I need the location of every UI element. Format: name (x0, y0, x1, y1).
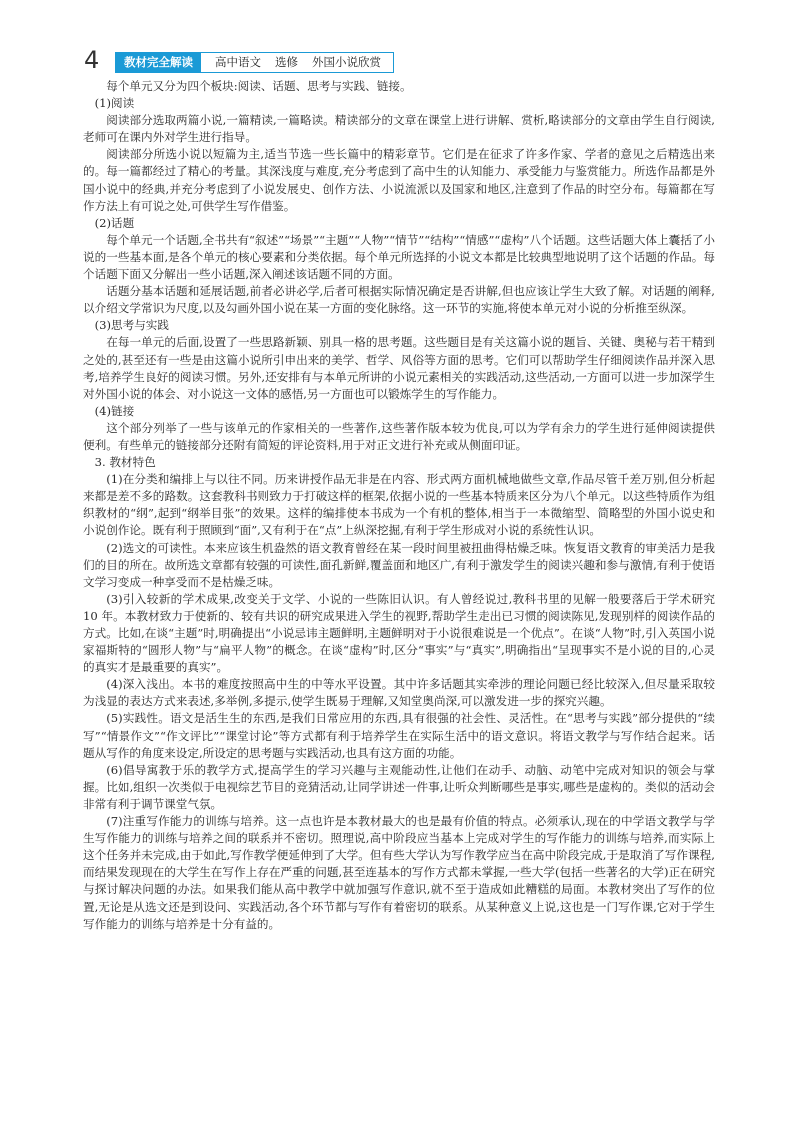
breadcrumb-type: 选修 (275, 53, 298, 72)
section-heading-practice: (3)思考与实践 (83, 317, 715, 334)
paragraph: 在每一单元的后面,设置了一些思路新颖、别具一格的思考题。这些题目是有关这篇小说的… (83, 334, 715, 402)
breadcrumb-subject: 高中语文 (215, 53, 261, 72)
paragraph: 阅读部分选取两篇小说,一篇精读,一篇略读。精读部分的文章在课堂上进行讲解、赏析,… (83, 112, 715, 146)
paragraph: 每个单元一个话题,全书共有“叙述”“场景”“主题”“人物”“情节”“结构”“情感… (83, 232, 715, 283)
section-heading-reading: (1)阅读 (83, 95, 715, 112)
paragraph: 阅读部分所选小说以短篇为主,适当节选一些长篇中的精彩章节。它们是在征求了许多作家… (83, 146, 715, 214)
running-header: 教材完全解读 高中语文 选修 外国小说欣赏 (115, 52, 394, 73)
paragraph: 话题分基本话题和延展话题,前者必讲必学,后者可根据实际情况确定是否讲解,但也应该… (83, 283, 715, 317)
paragraph: (1)在分类和编排上与以往不同。历来讲授作品无非是在内容、形式两方面机械地做些文… (83, 471, 715, 539)
section-heading-features: 3. 教材特色 (83, 454, 715, 471)
paragraph: (5)实践性。语文是活生生的东西,是我们日常应用的东西,具有很强的社会性、灵活性… (83, 710, 715, 761)
paragraph: (4)深入浅出。本书的难度按照高中生的中等水平设置。其中许多话题其实牵涉的理论问… (83, 676, 715, 710)
page-number: 4 (84, 46, 99, 74)
intro-paragraph: 每个单元又分为四个板块:阅读、话题、思考与实践、链接。 (83, 78, 715, 95)
paragraph: (2)选文的可读性。本来应该生机盎然的语文教育曾经在某一段时间里被扭曲得枯燥乏味… (83, 540, 715, 591)
section-heading-links: (4)链接 (83, 403, 715, 420)
breadcrumb: 高中语文 选修 外国小说欣赏 (201, 53, 393, 72)
paragraph: 这个部分列举了一些与该单元的作家相关的一些著作,这些著作版本较为优良,可以为学有… (83, 420, 715, 454)
paragraph: (3)引入较新的学术成果,改变关于文学、小说的一些陈旧认识。有人曾经说过,教科书… (83, 591, 715, 676)
paragraph: (6)倡导寓教于乐的教学方式,提高学生的学习兴趣与主观能动性,让他们在动手、动脑… (83, 762, 715, 813)
series-tag: 教材完全解读 (116, 53, 201, 72)
breadcrumb-book: 外国小说欣赏 (312, 53, 381, 72)
paragraph: (7)注重写作能力的训练与培养。这一点也许是本教材最大的也是最有价值的特点。必须… (83, 813, 715, 933)
document-body: 每个单元又分为四个板块:阅读、话题、思考与实践、链接。 (1)阅读 阅读部分选取… (83, 78, 715, 933)
section-heading-topic: (2)话题 (83, 215, 715, 232)
